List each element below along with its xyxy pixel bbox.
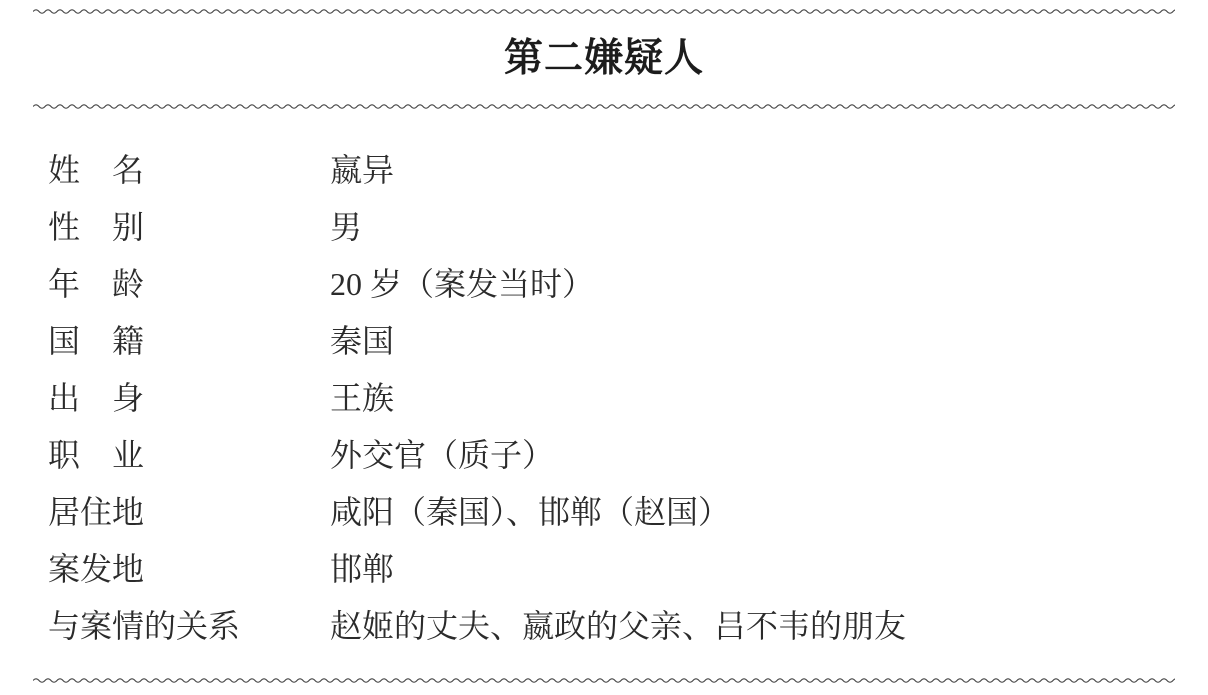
field-label: 年 龄 xyxy=(48,259,330,305)
table-row: 职 业外交官（质子） xyxy=(33,424,1175,481)
suspect-profile-table: 姓 名嬴异性 别男年 龄20 岁（案发当时）国 籍秦国出 身王族职 业外交官（质… xyxy=(33,139,1175,652)
field-label: 姓 名 xyxy=(48,145,330,191)
field-value: 嬴异 xyxy=(330,145,1175,191)
field-label: 性 别 xyxy=(48,202,330,248)
field-value: 秦国 xyxy=(330,316,1175,362)
wavy-divider-under-title xyxy=(33,102,1175,111)
field-value: 邯郸 xyxy=(330,544,1175,590)
wavy-divider-top xyxy=(33,7,1175,16)
field-label: 与案情的关系 xyxy=(48,601,330,647)
field-label: 国 籍 xyxy=(48,316,330,362)
field-value: 王族 xyxy=(330,373,1175,419)
table-row: 性 别男 xyxy=(33,196,1175,253)
field-value: 咸阳（秦国）、邯郸（赵国） xyxy=(330,487,1175,533)
field-value: 赵姬的丈夫、嬴政的父亲、吕不韦的朋友 xyxy=(330,601,1175,647)
table-row: 与案情的关系赵姬的丈夫、嬴政的父亲、吕不韦的朋友 xyxy=(33,595,1175,652)
table-row: 案发地邯郸 xyxy=(33,538,1175,595)
table-row: 出 身王族 xyxy=(33,367,1175,424)
field-value: 男 xyxy=(330,202,1175,248)
field-value: 外交官（质子） xyxy=(330,430,1175,476)
field-value: 20 岁（案发当时） xyxy=(330,259,1175,305)
field-label: 出 身 xyxy=(48,373,330,419)
page-title: 第二嫌疑人 xyxy=(0,38,1208,80)
field-label: 职 业 xyxy=(48,430,330,476)
table-row: 年 龄20 岁（案发当时） xyxy=(33,253,1175,310)
table-row: 国 籍秦国 xyxy=(33,310,1175,367)
field-label: 居住地 xyxy=(48,487,330,533)
field-label: 案发地 xyxy=(48,544,330,590)
table-row: 姓 名嬴异 xyxy=(33,139,1175,196)
document-page: 第二嫌疑人 姓 名嬴异性 别男年 龄20 岁（案发当时）国 籍秦国出 身王族职 … xyxy=(0,0,1208,695)
table-row: 居住地咸阳（秦国）、邯郸（赵国） xyxy=(33,481,1175,538)
wavy-divider-bottom xyxy=(33,676,1175,685)
